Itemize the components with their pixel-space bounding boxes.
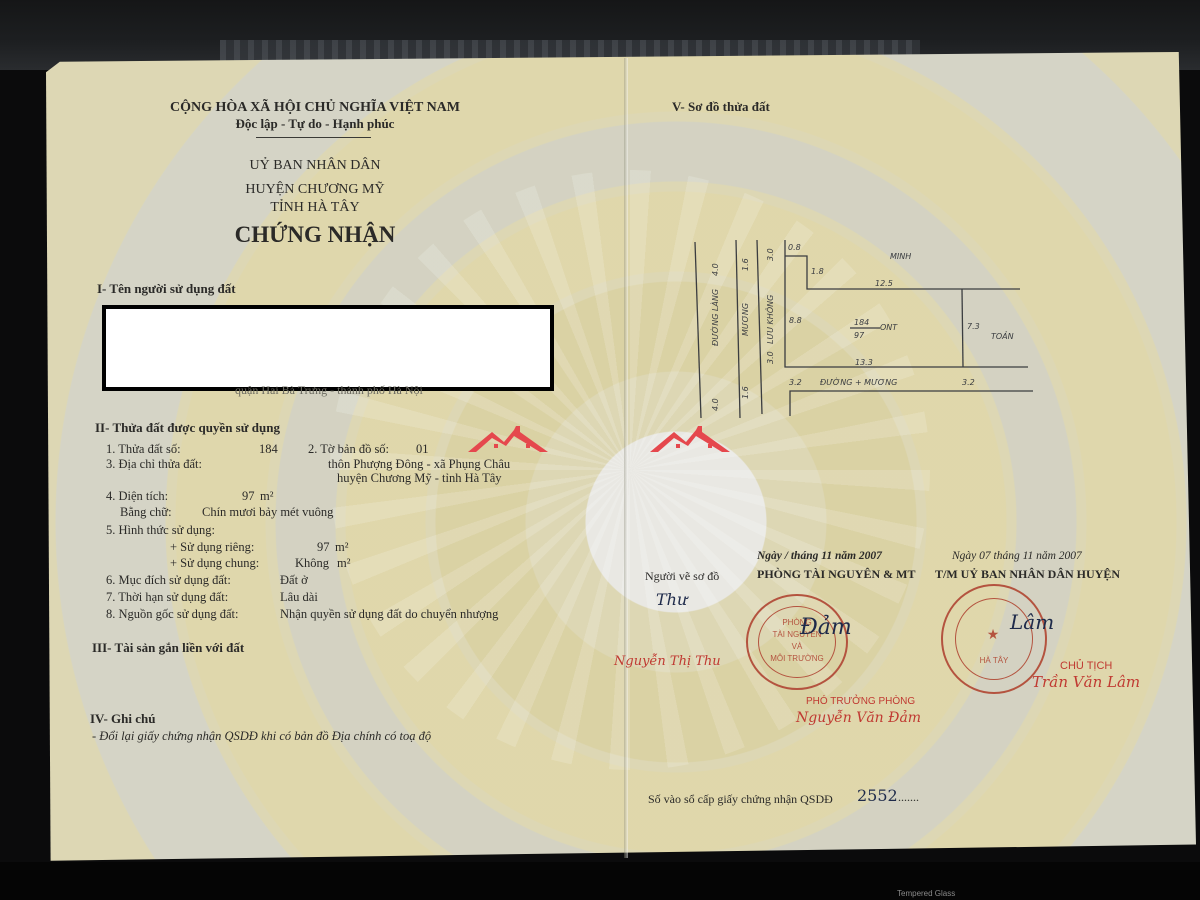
road1-width-bottom: 4.0 (711, 398, 720, 411)
drawer-title: Người vẽ sơ đồ (645, 569, 719, 584)
drawer-signature: Thư (656, 590, 687, 609)
section-1-heading: I- Tên người sử dụng đất (97, 281, 236, 297)
department-signer-name: Nguyễn Văn Đảm (796, 710, 921, 726)
motto: Độc lập - Tự do - Hạnh phúc (150, 116, 480, 132)
department-signature: Đảm (800, 615, 852, 640)
road2-width-left: 3.2 (789, 378, 802, 387)
redacted-owner-box (102, 305, 554, 391)
area-words-value: Chín mươi bảy mét vuông (202, 505, 333, 520)
certificate-title: CHỨNG NHẬN (150, 222, 480, 248)
road1-width-top: 4.0 (711, 263, 720, 276)
department-stamp: PHÒNG TÀI NGUYÊN VÀ MÔI TRƯỜNG (746, 594, 848, 690)
org-line-3: TỈNH HÀ TÂY (150, 200, 480, 216)
private-use-unit: m² (335, 540, 348, 555)
house-logo-icon (648, 424, 732, 454)
header-divider (256, 137, 371, 138)
purpose-label: 6. Mục đích sử dụng đất: (106, 573, 231, 588)
shared-use-unit: m² (337, 556, 350, 571)
parcel-area: 97 (854, 331, 865, 340)
top-edge-length: 12.5 (875, 279, 893, 288)
owner-address-partial: quận Hai Bà Trưng - thành phố Hà Nội (235, 383, 423, 398)
origin-value: Nhận quyền sử dụng đất do chuyển nhượng (280, 607, 498, 622)
section-5-heading: V- Sơ đồ thửa đất (672, 99, 770, 115)
neighbor-east: TOẢN (991, 330, 1014, 341)
private-use-label: + Sử dụng riêng: (170, 540, 254, 555)
dark-surface (0, 862, 1200, 900)
private-use-value: 97 (317, 540, 330, 555)
section-3-heading: III- Tài sản gắn liền với đất (92, 640, 244, 656)
origin-label: 8. Nguồn gốc sử dụng đất: (106, 607, 238, 622)
usage-form-label: 5. Hình thức sử dụng: (106, 523, 215, 538)
road1-label: ĐƯỜNG LÀNG (709, 289, 720, 346)
road2-width-right: 3.2 (962, 378, 975, 387)
area-value: 97 (242, 489, 255, 504)
setback-width-bottom: 3.0 (766, 351, 775, 364)
house-logo-icon (466, 424, 550, 454)
address-line-1: thôn Phượng Đông - xã Phụng Châu (328, 457, 510, 472)
committee-title: T/M UỶ BAN NHÂN DÂN HUYỆN (935, 567, 1120, 582)
republic-heading: CỘNG HÒA XÃ HỘI CHỦ NGHĨA VIỆT NAM (150, 100, 480, 116)
note-text: - Đổi lại giấy chứng nhận QSDĐ khi có bả… (92, 729, 431, 744)
shared-use-value: Không (295, 556, 329, 571)
setback-width-top: 3.0 (766, 248, 775, 261)
area-label: 4. Diện tích: (106, 489, 168, 504)
land-type-code: ONT (880, 323, 898, 332)
parcel-number-value: 184 (259, 442, 278, 457)
committee-signer-name: Trần Văn Lâm (1032, 673, 1140, 691)
shared-use-label: + Sử dụng chung: (170, 556, 259, 571)
ditch-width-top: 1.6 (741, 258, 750, 271)
neighbor-north: MINH (890, 252, 911, 261)
left-edge-length: 8.8 (789, 316, 802, 325)
parcel-plan-diagram: 4.0 ĐƯỜNG LÀNG 4.0 1.6 MƯƠNG 1.6 3.0 LƯU… (690, 236, 1040, 426)
committee-signature: Lâm (1010, 610, 1054, 634)
setback-label: LƯU KHÔNG (764, 295, 775, 344)
map-sheet-label: 2. Tờ bản đồ số: (308, 442, 389, 457)
department-position: PHÓ TRƯỞNG PHÒNG (806, 696, 915, 707)
area-words-label: Bằng chữ: (120, 505, 172, 520)
parcel-number-label: 1. Thửa đất số: (106, 442, 181, 457)
bottom-edge-length: 13.3 (855, 358, 873, 367)
org-line-1: UỶ BAN NHÂN DÂN (150, 158, 480, 174)
notch-width: 0.8 (788, 243, 801, 252)
parcel-number: 184 (854, 318, 869, 327)
section-2-heading: II- Thửa đất được quyền sử dụng (95, 420, 280, 436)
right-edge-length: 7.3 (967, 322, 980, 331)
glass-label: Tempered Glass (897, 889, 955, 898)
term-label: 7. Thời hạn sử dụng đất: (106, 590, 228, 605)
section-4-heading: IV- Ghi chú (90, 711, 156, 727)
purpose-value: Đất ở (280, 573, 308, 588)
road2-label: ĐƯỜNG + MƯƠNG (820, 376, 897, 387)
area-unit: m² (260, 489, 273, 504)
address-label: 3. Địa chỉ thửa đất: (106, 457, 202, 472)
notch-depth: 1.8 (811, 267, 824, 276)
address-line-2: huyện Chương Mỹ - tỉnh Hà Tây (337, 471, 502, 486)
org-line-2: HUYỆN CHƯƠNG MỸ (150, 182, 480, 198)
committee-position: CHỦ TỊCH (1060, 660, 1112, 672)
drawer-name: Nguyễn Thị Thu (614, 654, 721, 669)
registry-number: 2552 (857, 786, 898, 805)
registry-label: Số vào sổ cấp giấy chứng nhận QSDĐ (648, 792, 833, 807)
ditch-label: MƯƠNG (741, 303, 750, 336)
ditch-width-bottom: 1.6 (741, 386, 750, 399)
department-date: Ngày / tháng 11 năm 2007 (757, 550, 882, 562)
map-sheet-value: 01 (416, 442, 429, 457)
registry-dots: ....... (898, 790, 919, 805)
term-value: Lâu dài (280, 590, 318, 605)
committee-date: Ngày 07 tháng 11 năm 2007 (952, 550, 1082, 562)
paper-fold (624, 58, 628, 858)
department-title: PHÒNG TÀI NGUYÊN & MT (757, 567, 915, 582)
